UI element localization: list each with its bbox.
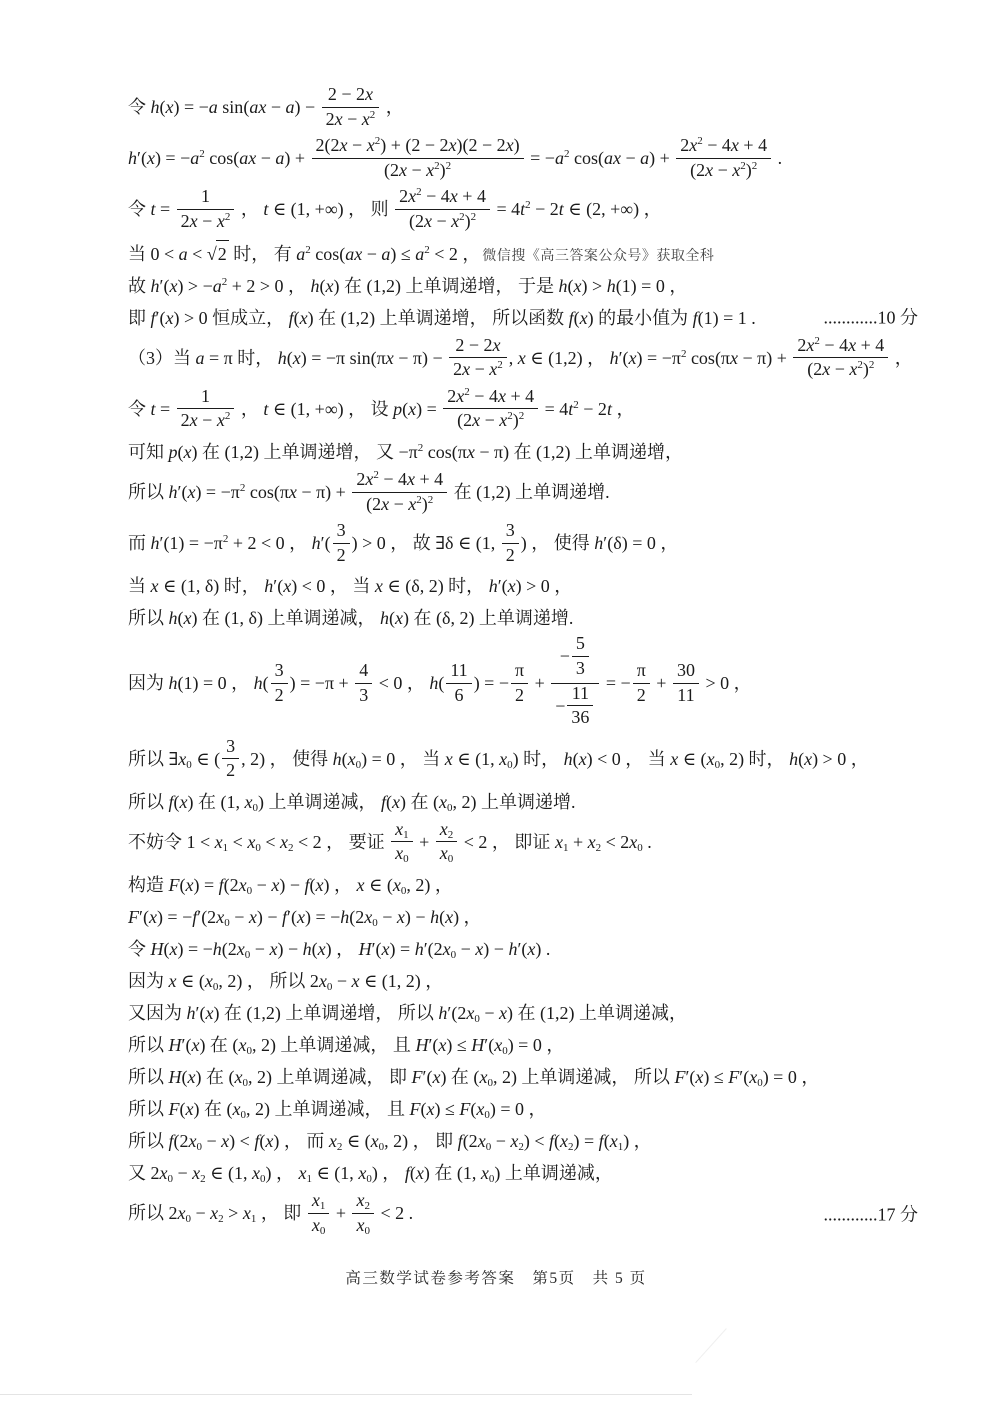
formula-line: 又因为 h′(x) 在 (1,2) 上单调递增， 所以 h′(2x0 − x) … [128, 1000, 918, 1027]
formula-line: （3）当 a = π 时， h(x) = −π sin(πx − π) − 2 … [128, 337, 918, 383]
answer-content: 令 h(x) = −a sin(ax − a) − 2 − 2x2x − x2 … [128, 86, 918, 1243]
formula-line: 而 h′(1) = −π2 + 2 < 0 ， h′(32) > 0 ， 故 ∃… [128, 522, 918, 568]
formula-line: 所以 h(x) 在 (1, δ) 上单调递减， h(x) 在 (δ, 2) 上单… [128, 605, 918, 632]
formula-line: 构造 F(x) = f(2x0 − x) − f(x) ， x ∈ (x0, 2… [128, 872, 918, 899]
formula-line: 所以 H′(x) 在 (x0, 2) 上单调递减， 且 H′(x) ≤ H′(x… [128, 1032, 918, 1059]
formula-line: 所以 h′(x) = −π2 cos(πx − π) + 2x2 − 4x + … [128, 471, 918, 517]
formula-line: 故 h′(x) > −a2 + 2 > 0 ， h(x) 在 (1,2) 上单调… [128, 273, 918, 300]
formula-line: 所以 f(x) 在 (1, x0) 上单调递减， f(x) 在 (x0, 2) … [128, 789, 918, 816]
formula-line: 当 0 < a < √2 时， 有 a2 cos(ax − a) ≤ a2 < … [128, 240, 918, 268]
page-corner-fold-mark [695, 1328, 727, 1363]
score-marker: ............17 分 [824, 1202, 919, 1229]
score-marker: ............10 分 [824, 305, 919, 332]
page-edge-line [0, 1394, 692, 1395]
formula-line: 所以 H(x) 在 (x0, 2) 上单调递减， 即 F′(x) 在 (x0, … [128, 1064, 918, 1091]
watermark-note: 微信搜《高三答案公众号》获取全科 [482, 247, 714, 263]
formula-line: 因为 x ∈ (x0, 2) ， 所以 2x0 − x ∈ (1, 2) ， [128, 968, 918, 995]
formula-line: 令 t = 12x − x2 ， t ∈ (1, +∞) ， 则 2x2 − 4… [128, 188, 918, 234]
formula-line: 不妨令 1 < x1 < x0 < x2 < 2 ， 要证 x1x0 + x2x… [128, 821, 918, 867]
formula-line: 所以 f(2x0 − x) < f(x) ， 而 x2 ∈ (x0, 2) ， … [128, 1128, 918, 1155]
formula-line: 当 x ∈ (1, δ) 时， h′(x) < 0 ， 当 x ∈ (δ, 2)… [128, 573, 918, 600]
formula-line: 因为 h(1) = 0 ， h(32) = −π + 43 < 0 ， h(11… [128, 637, 918, 732]
formula-line: 令 t = 12x − x2 ， t ∈ (1, +∞) ， 设 p(x) = … [128, 388, 918, 434]
formula-line: 令 H(x) = −h(2x0 − x) − h(x) ， H′(x) = h′… [128, 936, 918, 963]
page-footer: 高三数学试卷参考答案 第5页 共 5 页 [0, 1266, 992, 1288]
formula-line: 令 h(x) = −a sin(ax − a) − 2 − 2x2x − x2 … [128, 86, 918, 132]
formula-line: h′(x) = −a2 cos(ax − a) + 2(2x − x2) + (… [128, 137, 918, 183]
formula-line: 又 2x0 − x2 ∈ (1, x0) ， x1 ∈ (1, x0) ， f(… [128, 1160, 918, 1187]
formula-line: F′(x) = −f′(2x0 − x) − f′(x) = −h(2x0 − … [128, 904, 918, 931]
formula-line: 所以 ∃x0 ∈ (32, 2) ， 使得 h(x0) = 0 ， 当 x ∈ … [128, 738, 918, 784]
formula-line: 可知 p(x) 在 (1,2) 上单调递增， 又 −π2 cos(πx − π)… [128, 439, 918, 466]
formula-line: 即 f′(x) > 0 恒成立， f(x) 在 (1,2) 上单调递增， 所以函… [128, 305, 918, 332]
exam-answer-page: 令 h(x) = −a sin(ax − a) − 2 − 2x2x − x2 … [0, 0, 992, 1402]
formula-line: 所以 F(x) 在 (x0, 2) 上单调递减， 且 F(x) ≤ F(x0) … [128, 1096, 918, 1123]
formula-line: 所以 2x0 − x2 > x1 ， 即 x1x0 + x2x0 < 2 ...… [128, 1192, 918, 1238]
